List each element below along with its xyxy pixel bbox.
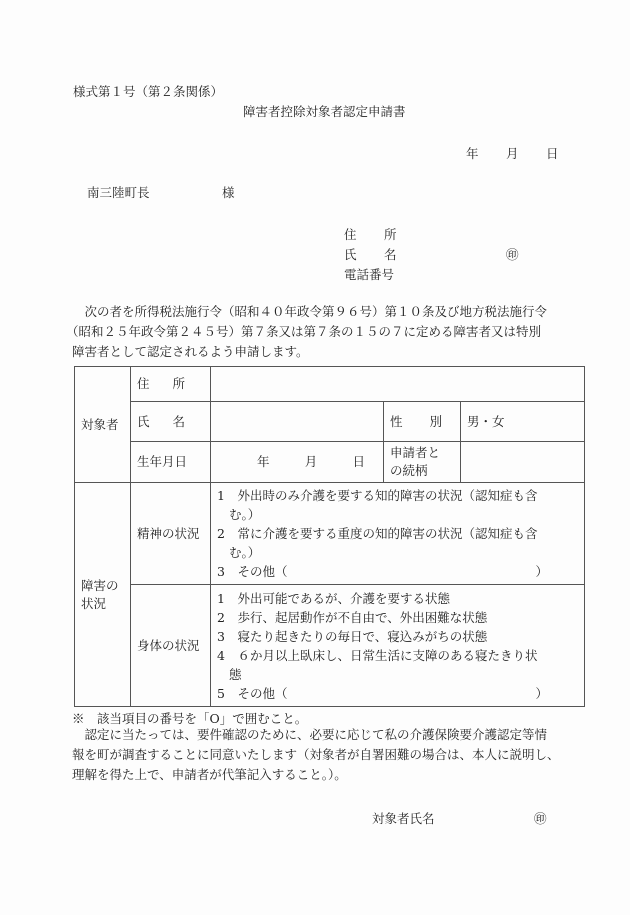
applicant-address-label-2: 所 (384, 229, 397, 242)
signature-label: 対象者氏名 (372, 813, 435, 826)
intro-line: 障害者として認定されるよう申請します。 (72, 342, 592, 362)
consent-line: 理解を得た上で、申請者が代筆記入すること。）。 (72, 765, 592, 785)
seal-icon: ㊞ (506, 249, 519, 262)
intro-paragraph: 次の者を所得税法施行令（昭和４０年政令第９６号）第１０条及び地方税法施行令 （昭… (72, 302, 592, 362)
physical-item-2: 2 歩行、起居動作が不自由で、外出困難な状態 (217, 608, 578, 627)
document-title: 障害者控除対象者認定申請書 (243, 106, 406, 119)
date-month: 月 (506, 148, 519, 161)
birth-label: 生年月日 (131, 442, 211, 483)
physical-item-3: 3 寝たり起きたりの毎日で、寝込みがちの状態 (217, 627, 578, 646)
consent-paragraph: 認定に当たっては、要件確認のために、必要に応じて私の介護保険要介護認定等情 報を… (72, 725, 592, 785)
physical-item-4: 4 ６か月以上臥床し、日常生活に支障のある寝たきり状 (217, 646, 578, 665)
subject-address-field[interactable] (211, 367, 585, 402)
signature-seal-icon: ㊞ (534, 813, 547, 826)
physical-item-5: 5 その他（） (217, 684, 578, 703)
applicant-name-label-2: 名 (384, 249, 397, 262)
form-number: 様式第１号（第２条関係） (73, 86, 223, 99)
physical-items[interactable]: 1 外出可能であるが、介護を要する状態 2 歩行、起居動作が不自由で、外出困難な… (211, 585, 585, 707)
gender-field[interactable]: 男・女 (461, 402, 585, 442)
date-year: 年 (466, 148, 479, 161)
mental-item-1: 1 外出時のみ介護を要する知的障害の状況（認知症も含 (217, 486, 578, 505)
relation-label: 申請者との続柄 (384, 442, 461, 483)
subject-name-field[interactable] (211, 402, 384, 442)
application-table: 対象者 住所 氏名 性別 男・女 生年月日 年月日 申請者との続柄 障害の状況 … (74, 366, 585, 707)
mental-item-2: 2 常に介護を要する重度の知的障害の状況（認知症も含 (217, 524, 578, 543)
date-day: 日 (546, 148, 559, 161)
applicant-address-label-1: 住 (344, 229, 357, 242)
mental-label: 精神の状況 (131, 483, 211, 585)
consent-line: 認定に当たっては、要件確認のために、必要に応じて私の介護保険要介護認定等情 (72, 725, 592, 745)
addressee: 南三陸町長 (87, 187, 150, 200)
intro-line: 次の者を所得税法施行令（昭和４０年政令第９６号）第１０条及び地方税法施行令 (72, 302, 592, 322)
disability-label: 障害の状況 (75, 483, 131, 707)
applicant-name-label-1: 氏 (344, 249, 357, 262)
mental-item-3: 3 その他（） (217, 562, 578, 581)
subject-address-label: 住所 (131, 367, 211, 402)
physical-item-1: 1 外出可能であるが、介護を要する状態 (217, 589, 578, 608)
subject-name-label: 氏名 (131, 402, 211, 442)
note: ※ 該当項目の番号を「O」で囲むこと。 (72, 713, 307, 726)
consent-line: 報を町が調査することに同意いたします（対象者が自署困難の場合は、本人に説明し、 (72, 745, 592, 765)
applicant-phone-label: 電話番号 (344, 269, 394, 282)
relation-field[interactable] (461, 442, 585, 483)
physical-label: 身体の状況 (131, 585, 211, 707)
intro-line: （昭和２５年政令第２４５号）第７条又は第７条の１５の７に定める障害者又は特別 (66, 322, 592, 342)
gender-label: 性別 (384, 402, 461, 442)
mental-items[interactable]: 1 外出時のみ介護を要する知的障害の状況（認知症も含 む。） 2 常に介護を要す… (211, 483, 585, 585)
honorific: 様 (222, 187, 235, 200)
subject-label: 対象者 (75, 367, 131, 483)
birth-field[interactable]: 年月日 (211, 442, 384, 483)
